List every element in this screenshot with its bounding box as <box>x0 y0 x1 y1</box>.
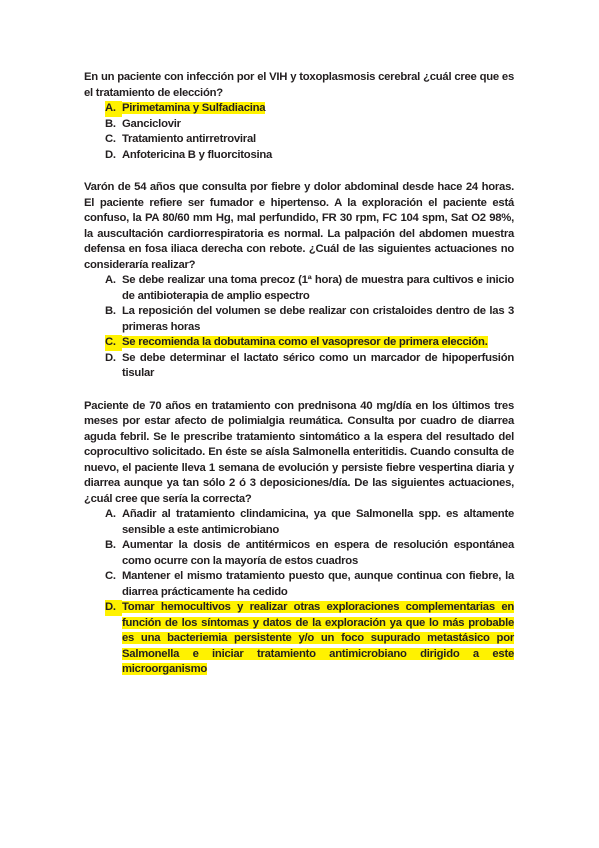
option-letter: B. <box>105 304 122 320</box>
option-text: Aumentar la dosis de antitérmicos en esp… <box>122 538 514 569</box>
document-page: En un paciente con infección por el VIH … <box>0 0 599 848</box>
question-block-2: Varón de 54 años que consulta por fiebre… <box>84 180 514 382</box>
answer-option-a: A. Añadir al tratamiento clindamicina, y… <box>105 507 514 538</box>
answer-option-b: B. Aumentar la dosis de antitérmicos en … <box>105 538 514 569</box>
answer-option-c: C. Mantener el mismo tratamiento puesto … <box>105 569 514 600</box>
question-block-3: Paciente de 70 años en tratamiento con p… <box>84 399 514 678</box>
options-list: A. Pirimetamina y Sulfadiacina B. Gancic… <box>84 101 514 163</box>
option-text: Ganciclovir <box>122 117 514 133</box>
option-text: Tomar hemocultivos y realizar otras expl… <box>122 600 514 678</box>
answer-option-d: D. Tomar hemocultivos y realizar otras e… <box>105 600 514 678</box>
option-text: Se recomienda la dobutamina como el vaso… <box>122 335 514 351</box>
option-letter: D. <box>105 148 122 164</box>
option-letter: D. <box>105 351 122 367</box>
option-letter: C. <box>105 132 122 148</box>
answer-option-c: C. Se recomienda la dobutamina como el v… <box>105 335 514 351</box>
option-text: Mantener el mismo tratamiento puesto que… <box>122 569 514 600</box>
question-stem: Varón de 54 años que consulta por fiebre… <box>84 180 514 273</box>
option-letter: A. <box>105 273 122 289</box>
option-letter: B. <box>105 117 122 133</box>
option-letter: D. <box>105 600 122 616</box>
option-letter: B. <box>105 538 122 554</box>
option-text: Pirimetamina y Sulfadiacina <box>122 101 514 117</box>
question-stem: En un paciente con infección por el VIH … <box>84 70 514 101</box>
answer-option-b: B. La reposición del volumen se debe rea… <box>105 304 514 335</box>
answer-option-d: D. Anfotericina B y fluorcitosina <box>105 148 514 164</box>
option-text: Añadir al tratamiento clindamicina, ya q… <box>122 507 514 538</box>
answer-option-c: C. Tratamiento antirretroviral <box>105 132 514 148</box>
option-text: Se debe determinar el lactato sérico com… <box>122 351 514 382</box>
option-letter: C. <box>105 335 122 351</box>
answer-option-b: B. Ganciclovir <box>105 117 514 133</box>
question-stem: Paciente de 70 años en tratamiento con p… <box>84 399 514 508</box>
option-letter: A. <box>105 507 122 523</box>
option-text: La reposición del volumen se debe realiz… <box>122 304 514 335</box>
option-letter: A. <box>105 101 122 117</box>
options-list: A. Añadir al tratamiento clindamicina, y… <box>84 507 514 678</box>
option-text: Tratamiento antirretroviral <box>122 132 514 148</box>
answer-option-a: A. Pirimetamina y Sulfadiacina <box>105 101 514 117</box>
question-block-1: En un paciente con infección por el VIH … <box>84 70 514 163</box>
option-text: Se debe realizar una toma precoz (1ª hor… <box>122 273 514 304</box>
options-list: A. Se debe realizar una toma precoz (1ª … <box>84 273 514 382</box>
option-text: Anfotericina B y fluorcitosina <box>122 148 514 164</box>
answer-option-a: A. Se debe realizar una toma precoz (1ª … <box>105 273 514 304</box>
answer-option-d: D. Se debe determinar el lactato sérico … <box>105 351 514 382</box>
option-letter: C. <box>105 569 122 585</box>
